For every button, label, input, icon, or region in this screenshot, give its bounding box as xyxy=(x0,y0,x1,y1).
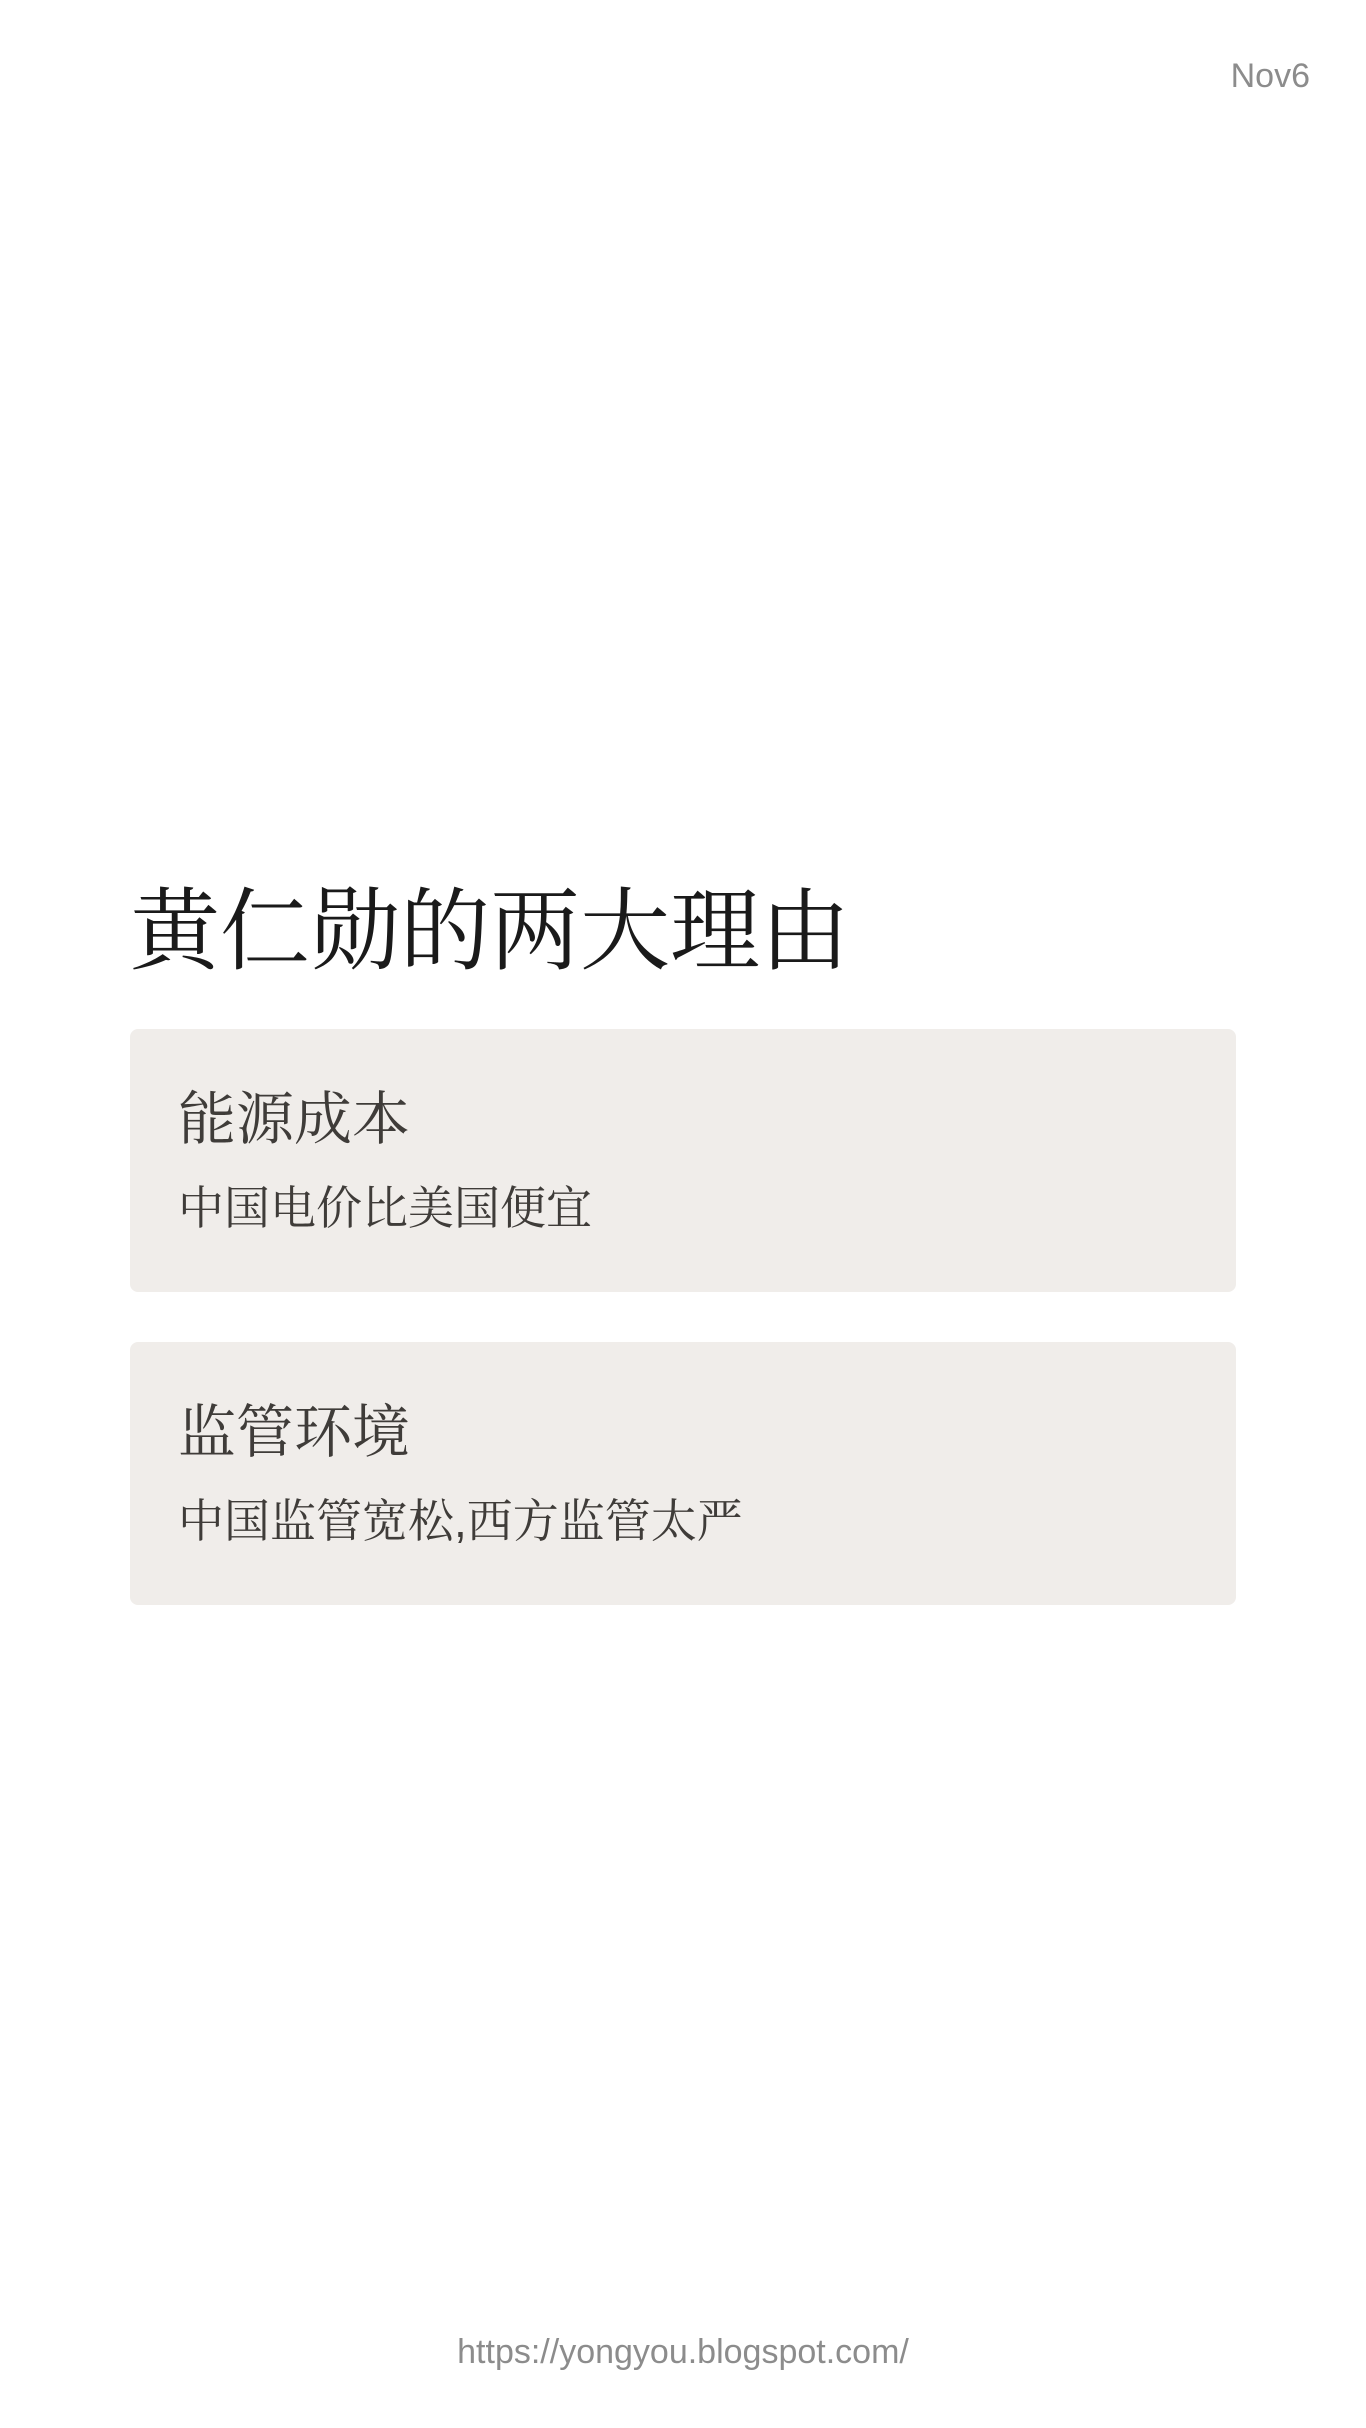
footer-url: https://yongyou.blogspot.com/ xyxy=(0,2332,1366,2373)
page-title: 黄仁勋的两大理由 xyxy=(130,878,1240,986)
card-title: 监管环境 xyxy=(178,1398,1188,1468)
card-subtitle: 中国电价比美国便宜 xyxy=(178,1181,1188,1236)
card-title: 能源成本 xyxy=(178,1085,1188,1155)
reason-card-energy-cost: 能源成本 中国电价比美国便宜 xyxy=(130,1029,1236,1292)
slide-page: Nov6 黄仁勋的两大理由 能源成本 中国电价比美国便宜 监管环境 中国监管宽松… xyxy=(0,0,1366,2428)
card-subtitle: 中国监管宽松,西方监管太严 xyxy=(178,1494,1188,1549)
reason-card-list: 能源成本 中国电价比美国便宜 监管环境 中国监管宽松,西方监管太严 xyxy=(130,1029,1236,1605)
date-label: Nov6 xyxy=(1231,58,1310,95)
reason-card-regulatory-environment: 监管环境 中国监管宽松,西方监管太严 xyxy=(130,1342,1236,1605)
